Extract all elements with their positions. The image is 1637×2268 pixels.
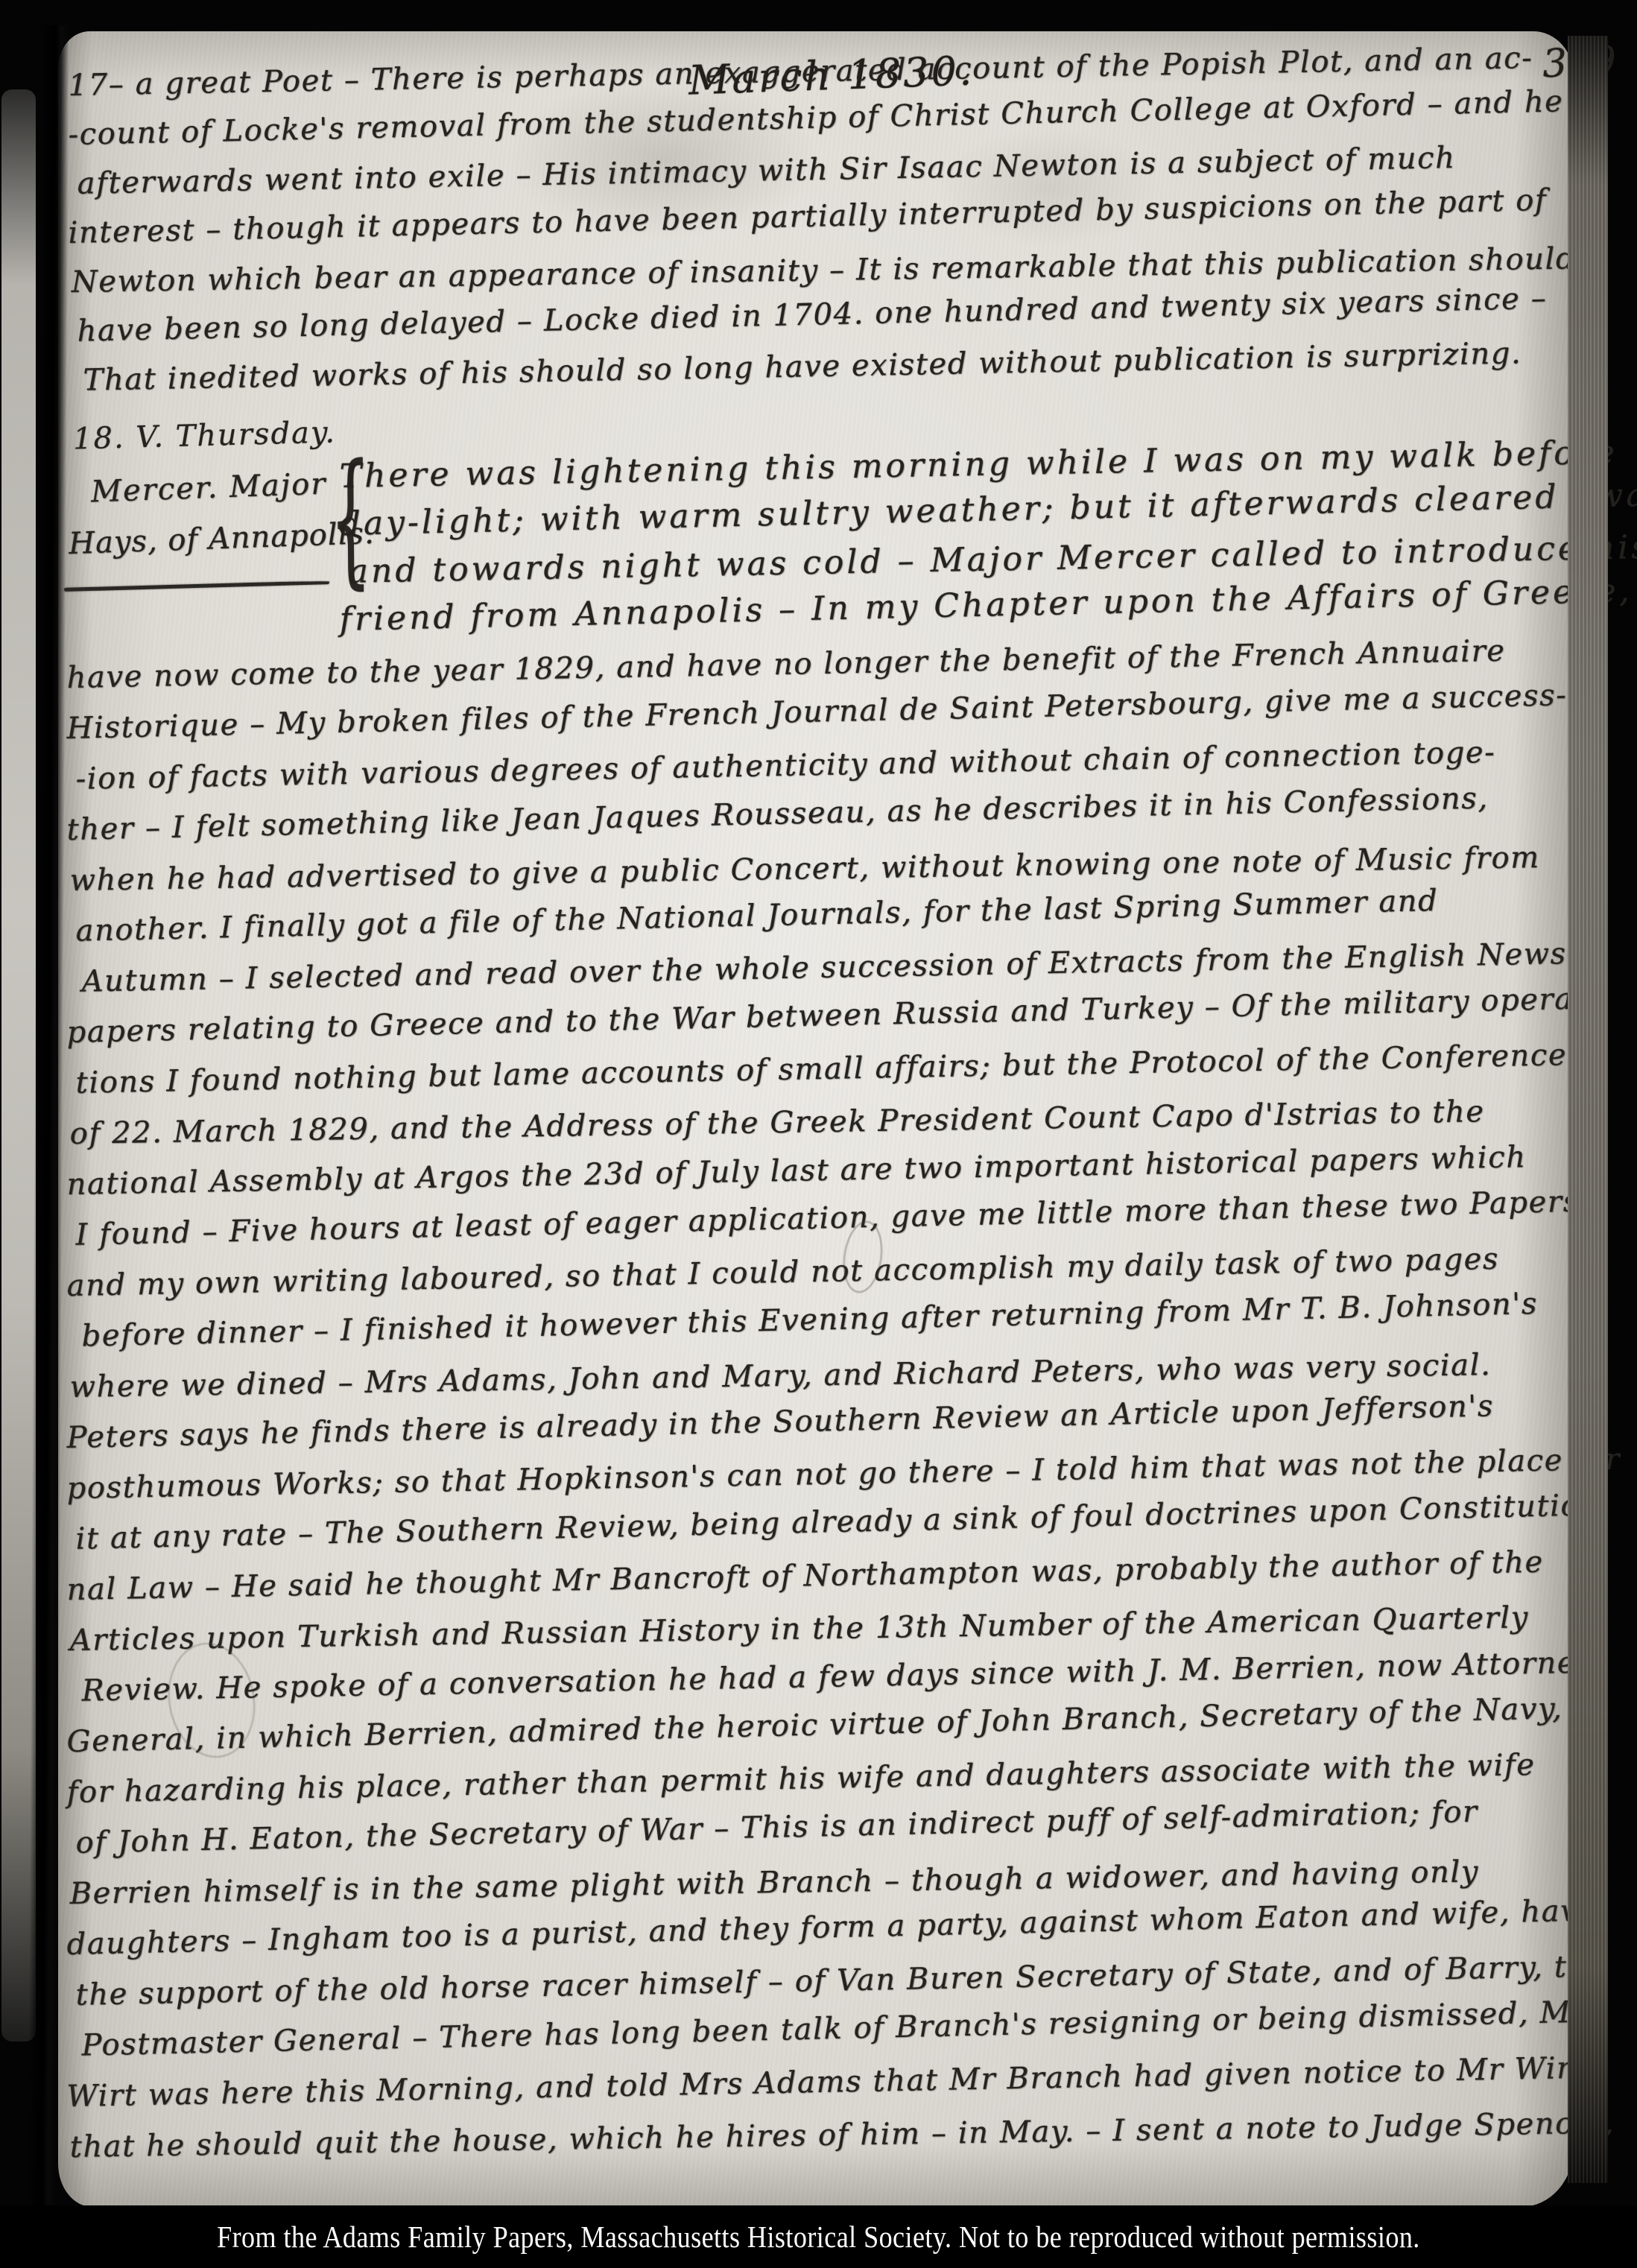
entry-intro-lines: There was lightening this morning while … <box>340 457 1637 648</box>
credit-banner: From the Adams Family Papers, Massachuse… <box>0 2205 1637 2268</box>
entry-body-lines: have now come to the year 1829, and have… <box>67 661 1621 2181</box>
continuation-paragraph: 17– a great Poet – There is perhaps an e… <box>69 69 1577 413</box>
margin-note-line: Mercer. Major <box>90 466 327 509</box>
book-fore-edge <box>1568 36 1608 2183</box>
credit-text: From the Adams Family Papers, Massachuse… <box>217 2219 1420 2255</box>
entry-date: 18. V. Thursday. <box>72 415 336 456</box>
margin-note-underline <box>64 580 329 592</box>
manuscript-scan: March 1830. 399 17– a great Poet – There… <box>0 0 1637 2268</box>
manuscript-page: March 1830. 399 17– a great Poet – There… <box>58 31 1574 2207</box>
